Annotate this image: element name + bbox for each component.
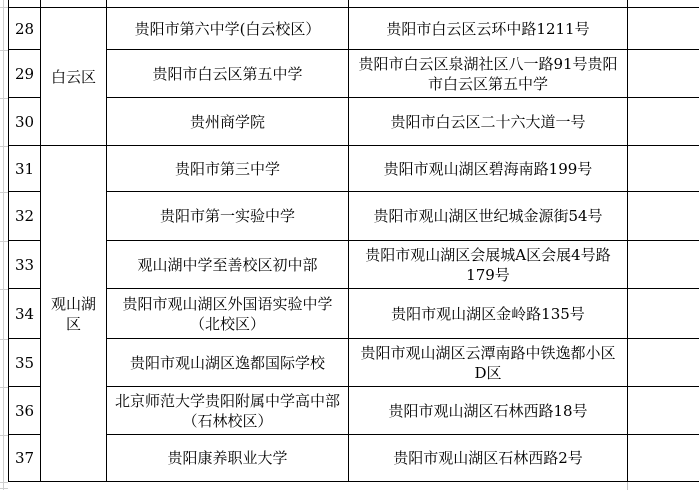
gridline-tick [0,50,8,51]
school-name-cell[interactable]: 北京师范大学贵阳附属中学高中部 （石林校区） [107,387,349,435]
table-row: 28 白云区 贵阳市第六中学(白云校区） 贵阳市白云区云环中路1211号 [9,8,699,50]
table-row: 34 贵阳市观山湖区外国语实验中学 （北校区） 贵阳市观山湖区金岭路135号 [9,289,699,339]
gridline-tick [0,387,8,388]
address-cell[interactable]: 贵阳市白云区云环中路1211号 [349,8,628,50]
gridline-tick [0,435,8,436]
table-border-stub [627,0,628,7]
school-name-cell[interactable]: 观山湖中学至善校区初中部 [107,241,349,289]
table-row: 37 贵阳康养职业大学 贵阳市观山湖区石林西路2号 [9,435,699,482]
empty-cell[interactable] [628,289,699,339]
school-list-table: 28 白云区 贵阳市第六中学(白云校区） 贵阳市白云区云环中路1211号 29 … [8,7,699,482]
row-number-cell[interactable]: 36 [9,387,41,435]
table-border-stub [40,0,41,7]
empty-cell[interactable] [628,387,699,435]
row-number-cell[interactable]: 35 [9,339,41,387]
empty-cell[interactable] [628,50,699,98]
gridline-stub [627,482,628,490]
district-cell[interactable]: 观山湖 区 [41,146,107,482]
table-row: 33 观山湖中学至善校区初中部 贵阳市观山湖区会展城A区会展4号路 179号 [9,241,699,289]
row-number-cell[interactable]: 32 [9,192,41,241]
gridline-tick [0,241,8,242]
table-row: 35 贵阳市观山湖区逸都国际学校 贵阳市观山湖区云潭南路中铁逸都小区 D区 [9,339,699,387]
address-cell[interactable]: 贵阳市观山湖区石林西路2号 [349,435,628,482]
table-row: 30 贵州商学院 贵阳市白云区二十六大道一号 [9,98,699,146]
address-cell[interactable]: 贵阳市观山湖区石林西路18号 [349,387,628,435]
empty-cell[interactable] [628,241,699,289]
address-cell[interactable]: 贵阳市观山湖区金岭路135号 [349,289,628,339]
school-name-cell[interactable]: 贵阳市观山湖区逸都国际学校 [107,339,349,387]
school-name-cell[interactable]: 贵阳康养职业大学 [107,435,349,482]
table-row: 36 北京师范大学贵阳附属中学高中部 （石林校区） 贵阳市观山湖区石林西路18号 [9,387,699,435]
gridline-tick [0,289,8,290]
row-number-cell[interactable]: 29 [9,50,41,98]
gridline-vertical [3,0,4,490]
empty-cell[interactable] [628,8,699,50]
table-row: 31 观山湖 区 贵阳市第三中学 贵阳市观山湖区碧海南路199号 [9,146,699,192]
address-cell[interactable]: 贵阳市观山湖区会展城A区会展4号路 179号 [349,241,628,289]
empty-cell[interactable] [628,146,699,192]
school-name-cell[interactable]: 贵阳市第三中学 [107,146,349,192]
empty-cell[interactable] [628,435,699,482]
gridline-tick [0,98,8,99]
gridline-tick [0,7,8,8]
table-row: 29 贵阳市白云区第五中学 贵阳市白云区泉湖社区八一路91号贵阳 市白云区第五中… [9,50,699,98]
spreadsheet-view: 28 白云区 贵阳市第六中学(白云校区） 贵阳市白云区云环中路1211号 29 … [0,0,699,490]
gridline-tick [0,192,8,193]
address-cell[interactable]: 贵阳市白云区二十六大道一号 [349,98,628,146]
school-name-cell[interactable]: 贵阳市第六中学(白云校区） [107,8,349,50]
address-cell[interactable]: 贵阳市观山湖区云潭南路中铁逸都小区 D区 [349,339,628,387]
row-number-cell[interactable]: 30 [9,98,41,146]
address-cell[interactable]: 贵阳市观山湖区碧海南路199号 [349,146,628,192]
table-row: 32 贵阳市第一实验中学 贵阳市观山湖区世纪城金源街54号 [9,192,699,241]
table-border-stub [8,0,9,7]
empty-cell[interactable] [628,339,699,387]
row-number-cell[interactable]: 34 [9,289,41,339]
school-name-cell[interactable]: 贵阳市白云区第五中学 [107,50,349,98]
address-cell[interactable]: 贵阳市白云区泉湖社区八一路91号贵阳 市白云区第五中学 [349,50,628,98]
address-cell[interactable]: 贵阳市观山湖区世纪城金源街54号 [349,192,628,241]
school-name-cell[interactable]: 贵州商学院 [107,98,349,146]
empty-cell[interactable] [628,98,699,146]
row-number-cell[interactable]: 31 [9,146,41,192]
gridline-tick [0,488,8,489]
table-border-stub [106,0,107,7]
school-name-cell[interactable]: 贵阳市第一实验中学 [107,192,349,241]
gridline-tick [0,339,8,340]
row-number-cell[interactable]: 33 [9,241,41,289]
empty-cell[interactable] [628,192,699,241]
district-cell[interactable]: 白云区 [41,8,107,146]
table-border-stub [348,0,349,7]
school-name-cell[interactable]: 贵阳市观山湖区外国语实验中学 （北校区） [107,289,349,339]
row-number-cell[interactable]: 37 [9,435,41,482]
row-number-cell[interactable]: 28 [9,8,41,50]
gridline-tick [0,482,8,483]
gridline-tick [0,146,8,147]
